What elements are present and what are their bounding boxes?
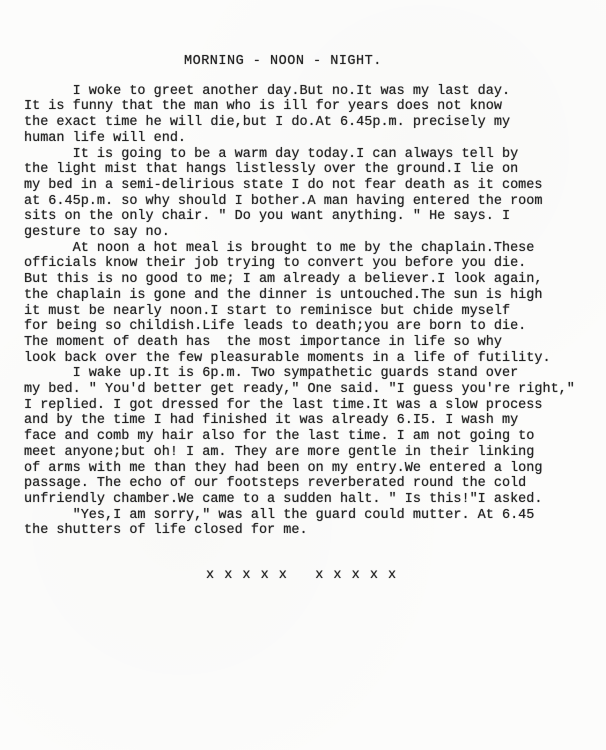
typewritten-page: MORNING - NOON - NIGHT. I woke to greet … [0, 0, 606, 750]
text-line: the light mist that hangs listlessly ove… [24, 162, 586, 178]
text-line: it must be nearly noon.I start to remini… [24, 304, 586, 320]
text-line: officials know their job trying to conve… [24, 256, 586, 272]
text-line: my bed. " You'd better get ready," One s… [24, 382, 586, 398]
text-line: The moment of death has the most importa… [24, 335, 586, 351]
page-title: MORNING - NOON - NIGHT. [184, 54, 586, 70]
text-line: human life will end. [24, 131, 586, 147]
text-line: I replied. I got dressed for the last ti… [24, 398, 586, 414]
text-line: "Yes,I am sorry," was all the guard coul… [24, 508, 586, 524]
paragraph: I wake up.It is 6p.m. Two sympathetic gu… [24, 366, 586, 539]
paragraph: It is going to be a warm day today.I can… [24, 147, 586, 241]
text-line: my bed in a semi-delirious state I do no… [24, 178, 586, 194]
text-line: It is funny that the man who is ill for … [24, 99, 586, 115]
text-line: gesture to say no. [24, 225, 586, 241]
paragraph: At noon a hot meal is brought to me by t… [24, 241, 586, 367]
paragraph: I woke to greet another day.But no.It wa… [24, 84, 586, 147]
text-line: look back over the few pleasurable momen… [24, 351, 586, 367]
text-line: the chaplain is gone and the dinner is u… [24, 288, 586, 304]
document-body: I woke to greet another day.But no.It wa… [24, 84, 586, 539]
text-line: passage. The echo of our footsteps rever… [24, 476, 586, 492]
text-line: for being so childish.Life leads to deat… [24, 319, 586, 335]
text-line: But this is no good to me; I am already … [24, 272, 586, 288]
text-line: At noon a hot meal is brought to me by t… [24, 241, 586, 257]
text-line: I wake up.It is 6p.m. Two sympathetic gu… [24, 366, 586, 382]
text-line: at 6.45p.m. so why should I bother.A man… [24, 194, 586, 210]
text-line: of arms with me than they had been on my… [24, 461, 586, 477]
text-line: face and comb my hair also for the last … [24, 429, 586, 445]
text-line: the shutters of life closed for me. [24, 523, 586, 539]
text-line: sits on the only chair. " Do you want an… [24, 209, 586, 225]
text-line: meet anyone;but oh! I am. They are more … [24, 445, 586, 461]
text-line: the exact time he will die,but I do.At 6… [24, 115, 586, 131]
end-marker: x x x x x x x x x x [206, 568, 586, 584]
text-line: I woke to greet another day.But no.It wa… [24, 84, 586, 100]
text-line: and by the time I had finished it was al… [24, 413, 586, 429]
text-line: unfriendly chamber.We came to a sudden h… [24, 492, 586, 508]
text-line: It is going to be a warm day today.I can… [24, 147, 586, 163]
